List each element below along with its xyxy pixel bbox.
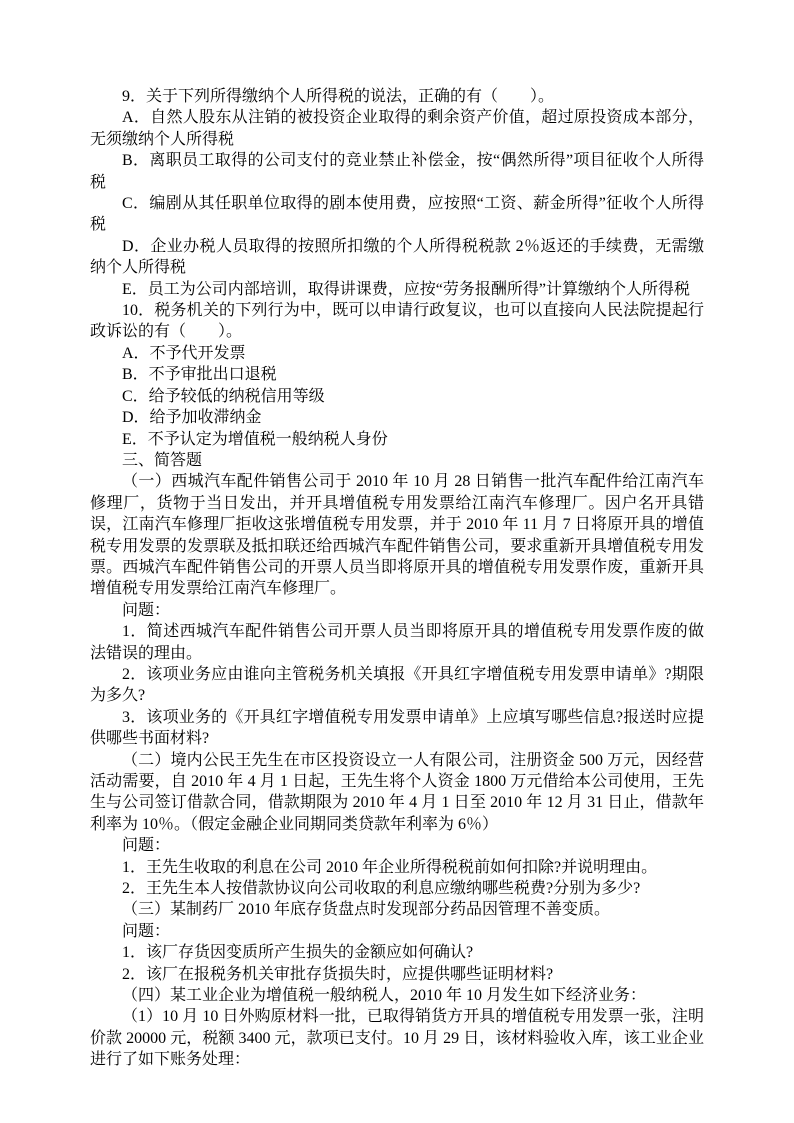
paragraph-section-heading: 三、简答题 [90, 450, 704, 471]
paragraph-mcq-option: C．给予较低的纳税信用等级 [90, 386, 704, 407]
paragraph-mcq-option: D．给予加收滞纳金 [90, 407, 704, 428]
paragraph-sub-question: 1．王先生收取的利息在公司 2010 年企业所得税税前如何扣除?并说明理由。 [90, 857, 704, 878]
paragraph-mcq-option: A．不予代开发票 [90, 343, 704, 364]
paragraph-mcq-option: E．不予认定为增值税一般纳税人身份 [90, 429, 704, 450]
paragraph-mcq-option: C．编剧从其任职单位取得的剧本使用费，应按照“工资、薪金所得”征收个人所得税 [90, 193, 704, 236]
paragraph-case: （三）某制药厂 2010 年底存货盘点时发现部分药品因管理不善变质。 [90, 899, 704, 920]
paragraph-mcq-option: A．自然人股东从注销的被投资企业取得的剩余资产价值，超过原投资成本部分，无须缴纳… [90, 107, 704, 150]
paragraph-case: （1）10 月 10 日外购原材料一批，已取得销货方开具的增值税专用发票一张，注… [90, 1006, 704, 1070]
paragraph-mcq-option: E．员工为公司内部培训，取得讲课费，应按“劳务报酬所得”计算缴纳个人所得税 [90, 279, 704, 300]
paragraph-case: （一）西城汽车配件销售公司于 2010 年 10 月 28 日销售一批汽车配件给… [90, 471, 704, 599]
paragraph-prompt-label: 问题： [90, 921, 704, 942]
document-page: 9．关于下列所得缴纳个人所得税的说法，正确的有（ ）。A．自然人股东从注销的被投… [0, 0, 794, 1123]
paragraph-mcq-option: B．不予审批出口退税 [90, 364, 704, 385]
paragraph-mcq-stem: 10．税务机关的下列行为中，既可以申请行政复议，也可以直接向人民法院提起行政诉讼… [90, 300, 704, 343]
paragraph-mcq-option: B．离职员工取得的公司支付的竞业禁止补偿金，按“偶然所得”项目征收个人所得税 [90, 150, 704, 193]
paragraph-sub-question: 3．该项业务的《开具红字增值税专用发票申请单》上应填写哪些信息?报送时应提供哪些… [90, 707, 704, 750]
document-body: 9．关于下列所得缴纳个人所得税的说法，正确的有（ ）。A．自然人股东从注销的被投… [90, 86, 704, 1071]
paragraph-case: （四）某工业企业为增值税一般纳税人，2010 年 10 月发生如下经济业务： [90, 985, 704, 1006]
paragraph-case: （二）境内公民王先生在市区投资设立一人有限公司，注册资金 500 万元，因经营活… [90, 750, 704, 836]
paragraph-sub-question: 2．王先生本人按借款协议向公司收取的利息应缴纳哪些税费?分别为多少? [90, 878, 704, 899]
paragraph-sub-question: 2．该项业务应由谁向主管税务机关填报《开具红字增值税专用发票申请单》?期限为多久… [90, 664, 704, 707]
paragraph-sub-question: 1．该厂存货因变质所产生损失的金额应如何确认? [90, 942, 704, 963]
paragraph-prompt-label: 问题： [90, 600, 704, 621]
paragraph-prompt-label: 问题： [90, 835, 704, 856]
paragraph-mcq-option: D．企业办税人员取得的按照所扣缴的个人所得税税款 2％返还的手续费，无需缴纳个人… [90, 236, 704, 279]
paragraph-sub-question: 2．该厂在报税务机关审批存货损失时，应提供哪些证明材料? [90, 964, 704, 985]
paragraph-sub-question: 1．简述西城汽车配件销售公司开票人员当即将原开具的增值税专用发票作废的做法错误的… [90, 621, 704, 664]
paragraph-mcq-stem: 9．关于下列所得缴纳个人所得税的说法，正确的有（ ）。 [90, 86, 704, 107]
